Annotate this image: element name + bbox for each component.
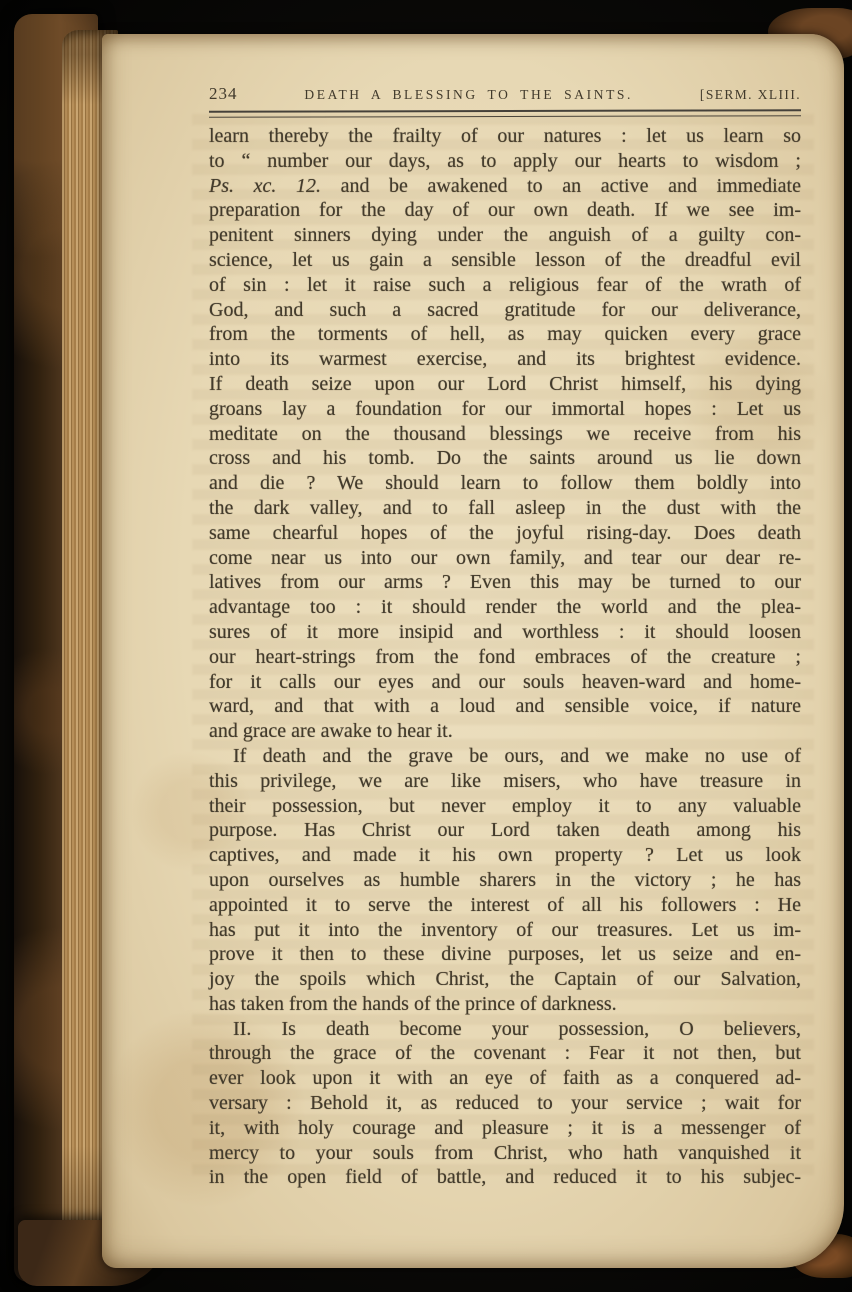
text-line: II. Is death become your possession, O b…: [209, 1017, 801, 1042]
text-line: upon ourselves as humble sharers in the …: [209, 868, 801, 893]
text-line: purpose. Has Christ our Lord taken death…: [209, 818, 801, 843]
text-line: captives, and made it his own property ?…: [209, 843, 801, 868]
text-line: of sin : let it raise such a religious f…: [209, 273, 801, 298]
text-line: for it calls our eyes and our souls heav…: [209, 670, 801, 695]
text-line: joy the spoils which Christ, the Captain…: [209, 967, 801, 992]
text-line: ward, and that with a loud and sensible …: [209, 694, 801, 719]
text-line: and grace are awake to hear it.: [209, 719, 801, 744]
text-line: penitent sinners dying under the anguish…: [209, 223, 801, 248]
text-block: learn thereby the frailty of our natures…: [209, 124, 801, 1190]
text-line: sures of it more insipid and worthless :…: [209, 620, 801, 645]
text-line: God, and such a sacred gratitude for our…: [209, 298, 801, 323]
running-title: DEATH A BLESSING TO THE SAINTS.: [238, 87, 700, 103]
text-line: come near us into our own family, and te…: [209, 546, 801, 571]
text-line: prove it then to these divine purposes, …: [209, 942, 801, 967]
text-line: If death seize upon our Lord Christ hims…: [209, 372, 801, 397]
text-line: groans lay a foundation for our immortal…: [209, 397, 801, 422]
running-header: 234 DEATH A BLESSING TO THE SAINTS. [SER…: [209, 84, 801, 104]
text-line: latives from our arms ? Even this may be…: [209, 570, 801, 595]
scripture-reference: Ps. xc. 12.: [209, 175, 321, 197]
book-scan: 234 DEATH A BLESSING TO THE SAINTS. [SER…: [0, 0, 852, 1292]
header-double-rule: [209, 109, 801, 118]
text-line: and die ? We should learn to follow them…: [209, 471, 801, 496]
text-line: same chearful hopes of the joyful rising…: [209, 521, 801, 546]
text-line: has put it into the inventory of our tre…: [209, 918, 801, 943]
book-page: 234 DEATH A BLESSING TO THE SAINTS. [SER…: [102, 34, 844, 1268]
page-content: 234 DEATH A BLESSING TO THE SAINTS. [SER…: [209, 34, 801, 1190]
text-line: mercy to your souls from Christ, who hat…: [209, 1141, 801, 1166]
text-line: preparation for the day of our own death…: [209, 198, 801, 223]
text-line: from the torments of hell, as may quicke…: [209, 322, 801, 347]
text-line: through the grace of the covenant : Fear…: [209, 1041, 801, 1066]
text-line: appointed it to serve the interest of al…: [209, 893, 801, 918]
page-number: 234: [209, 84, 238, 104]
text-line: advantage too : it should render the wor…: [209, 595, 801, 620]
text-line: to “ number our days, as to apply our he…: [209, 149, 801, 174]
text-line: into its warmest exercise, and its brigh…: [209, 347, 801, 372]
text-line: our heart-strings from the fond embraces…: [209, 645, 801, 670]
text-line: learn thereby the frailty of our natures…: [209, 124, 801, 149]
text-line: science, let us gain a sensible lesson o…: [209, 248, 801, 273]
text-line: meditate on the thousand blessings we re…: [209, 422, 801, 447]
sermon-reference: [SERM. XLIII.: [700, 87, 801, 103]
text-line: versary : Behold it, as reduced to your …: [209, 1091, 801, 1116]
text-line: ever look upon it with an eye of faith a…: [209, 1066, 801, 1091]
text-line: Ps. xc. 12. and be awakened to an active…: [209, 174, 801, 199]
text-line: it, with holy courage and pleasure ; it …: [209, 1116, 801, 1141]
text-line: the dark valley, and to fall asleep in t…: [209, 496, 801, 521]
text-line: has taken from the hands of the prince o…: [209, 992, 801, 1017]
text-line: this privilege, we are like misers, who …: [209, 769, 801, 794]
text-line: in the open field of battle, and reduced…: [209, 1165, 801, 1190]
text-line: If death and the grave be ours, and we m…: [209, 744, 801, 769]
text-line: cross and his tomb. Do the saints around…: [209, 446, 801, 471]
text-line: their possession, but never employ it to…: [209, 794, 801, 819]
